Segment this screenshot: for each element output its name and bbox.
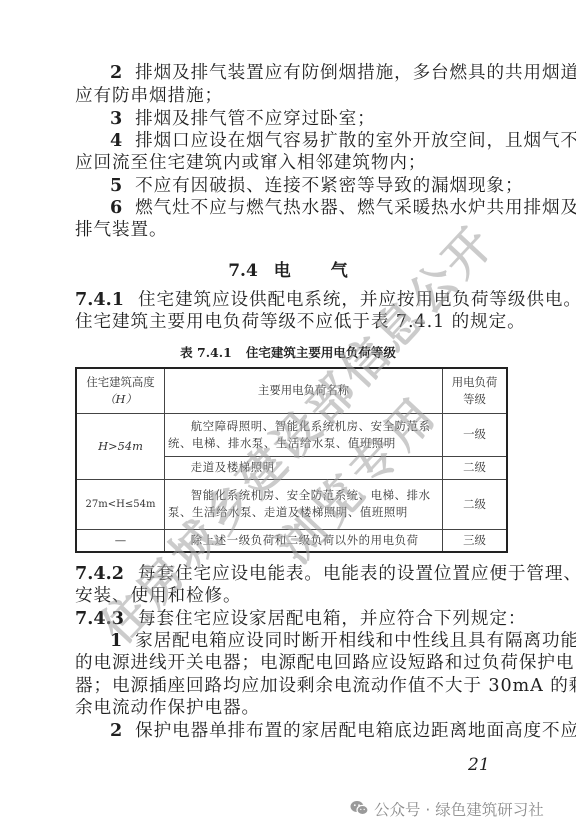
item-number: 6 — [110, 197, 123, 218]
item-number: 2 — [110, 62, 123, 83]
table-row: 27m<H≤54m 智能化系统机房、安全防范系统、电梯、排水泵、生活给水泵、走道… — [76, 479, 507, 529]
item-number: 3 — [110, 108, 123, 129]
item-number: 1 — [110, 630, 123, 651]
header-grade-line2: 等级 — [446, 391, 503, 408]
clause-7-4-2-line1: 7.4.2每套住宅应设电能表。电能表的设置位置应便于管理、 — [75, 563, 502, 585]
cell-height: H>54m — [76, 413, 165, 479]
gas-item-3: 3排烟及排气管不应穿过卧室； — [75, 108, 502, 130]
cell-load: 航空障碍照明、智能化系统机房、安全防范系统、电梯、排水泵、生活给水泵、值班照明 — [165, 413, 443, 456]
clause-7-4-3-item-1-line1: 1家居配电箱应设同时断开相线和中性线且具有隔离功能 — [75, 630, 502, 652]
item-text: 排烟口应设在烟气容易扩散的室外开放空间，且烟气不 — [135, 131, 576, 151]
clause-number: 7.4.3 — [75, 608, 124, 629]
header-height-line1: 住宅建筑高度 — [80, 374, 161, 391]
clause-7-4-3-item-1-line3: 器；电源插座回路均应加设剩余电流动作值不大于 30mA 的剩 — [75, 675, 502, 697]
table-title: 住宅建筑主要用电负荷等级 — [246, 345, 396, 360]
load-grade-table: 住宅建筑高度（H） 主要用电负荷名称 用电负荷等级 H>54m 航空障碍照明、智… — [75, 367, 508, 553]
clause-7-4-1-line2: 住宅建筑主要用电负荷等级不应低于表 7.4.1 的规定。 — [75, 311, 502, 333]
table-row: H>54m 航空障碍照明、智能化系统机房、安全防范系统、电梯、排水泵、生活给水泵… — [76, 413, 507, 456]
footer-text: 公众号 · 绿色建筑研习社 — [374, 801, 544, 819]
section-heading: 7.4电气 — [0, 256, 576, 281]
cell-grade: 二级 — [443, 479, 508, 529]
gas-item-6-line2: 排气装置。 — [75, 219, 502, 241]
cell-load: 智能化系统机房、安全防范系统、电梯、排水泵、生活给水泵、走道及楼梯照明、值班照明 — [165, 479, 443, 529]
clause-7-4-3-item-1-line4: 余电流动作保护电器。 — [75, 697, 502, 719]
gas-item-2-line1: 2排烟及排气装置应有防倒烟措施，多台燃具的共用烟道 — [75, 62, 502, 84]
clause-text: 每套住宅应设家居配电箱，并应符合下列规定： — [138, 609, 526, 629]
clause-7-4-1-line1: 7.4.1住宅建筑应设供配电系统，并应按用电负荷等级供电。 — [75, 289, 502, 311]
clause-7-4-3-line1: 7.4.3每套住宅应设家居配电箱，并应符合下列规定： — [75, 608, 502, 630]
cell-load: 除上述一级负荷和二级负荷以外的用电负荷 — [165, 529, 443, 552]
section-number: 7.4 — [228, 261, 258, 281]
clause-text: 每套住宅应设电能表。电能表的设置位置应便于管理、 — [138, 564, 576, 584]
clause-text: 住宅建筑应设供配电系统，并应按用电负荷等级供电。 — [138, 290, 576, 310]
item-text: 不应有因破损、连接不紧密等导致的漏烟现象； — [135, 176, 523, 196]
wechat-icon — [350, 800, 369, 822]
item-text: 家居配电箱应设同时断开相线和中性线且具有隔离功能 — [135, 631, 576, 651]
gas-item-4-line1: 4排烟口应设在烟气容易扩散的室外开放空间，且烟气不 — [75, 130, 502, 152]
gas-item-4-line2: 应回流至住宅建筑内或窜入相邻建筑物内； — [75, 152, 502, 174]
cell-grade: 一级 — [443, 413, 508, 456]
item-number: 2 — [110, 720, 123, 741]
cell-grade: 三级 — [443, 529, 508, 552]
cell-load: 走道及楼梯照明 — [165, 456, 443, 479]
cell-grade: 二级 — [443, 456, 508, 479]
item-text: 燃气灶不应与燃气热水器、燃气采暖热水炉共用排烟及 — [135, 198, 576, 218]
clause-7-4-3-item-2-line1: 2保护电器单排布置的家居配电箱底边距离地面高度不应 — [75, 720, 502, 742]
item-text: 保护电器单排布置的家居配电箱底边距离地面高度不应 — [135, 721, 576, 741]
header-grade-line1: 用电负荷 — [446, 374, 503, 391]
section-title-char1: 电 — [274, 261, 291, 281]
clause-number: 7.4.1 — [75, 289, 124, 310]
clause-7-4-2-line2: 安装、使用和检修。 — [75, 585, 502, 607]
page-number: 21 — [468, 755, 490, 775]
table-header-row: 住宅建筑高度（H） 主要用电负荷名称 用电负荷等级 — [76, 368, 507, 413]
item-number: 5 — [110, 175, 123, 196]
table-number: 表 7.4.1 — [180, 345, 232, 360]
document-page: 2排烟及排气装置应有防倒烟措施，多台燃具的共用烟道 应有防串烟措施； 3排烟及排… — [0, 0, 576, 834]
header-grade: 用电负荷等级 — [443, 368, 508, 413]
table-caption: 表 7.4.1住宅建筑主要用电负荷等级 — [0, 343, 576, 361]
section-title-char2: 气 — [331, 261, 348, 281]
clause-7-4-3-item-1-line2: 的电源进线开关电器；电源配电回路应设短路和过负荷保护电 — [75, 652, 502, 674]
header-height: 住宅建筑高度（H） — [76, 368, 165, 413]
wechat-footer: 公众号 · 绿色建筑研习社 — [350, 799, 544, 821]
item-text: 排烟及排气装置应有防倒烟措施，多台燃具的共用烟道 — [135, 63, 576, 83]
item-number: 4 — [110, 130, 123, 151]
header-load-name: 主要用电负荷名称 — [165, 368, 443, 413]
item-text: 排烟及排气管不应穿过卧室； — [135, 109, 375, 129]
cell-height: — — [76, 529, 165, 552]
clause-number: 7.4.2 — [75, 563, 124, 584]
table-row: — 除上述一级负荷和二级负荷以外的用电负荷 三级 — [76, 529, 507, 552]
header-height-line2: （H） — [80, 391, 161, 408]
cell-height: 27m<H≤54m — [76, 479, 165, 529]
gas-item-2-line2: 应有防串烟措施； — [75, 85, 502, 107]
gas-item-6-line1: 6燃气灶不应与燃气热水器、燃气采暖热水炉共用排烟及 — [75, 197, 502, 219]
gas-item-5: 5不应有因破损、连接不紧密等导致的漏烟现象； — [75, 175, 502, 197]
